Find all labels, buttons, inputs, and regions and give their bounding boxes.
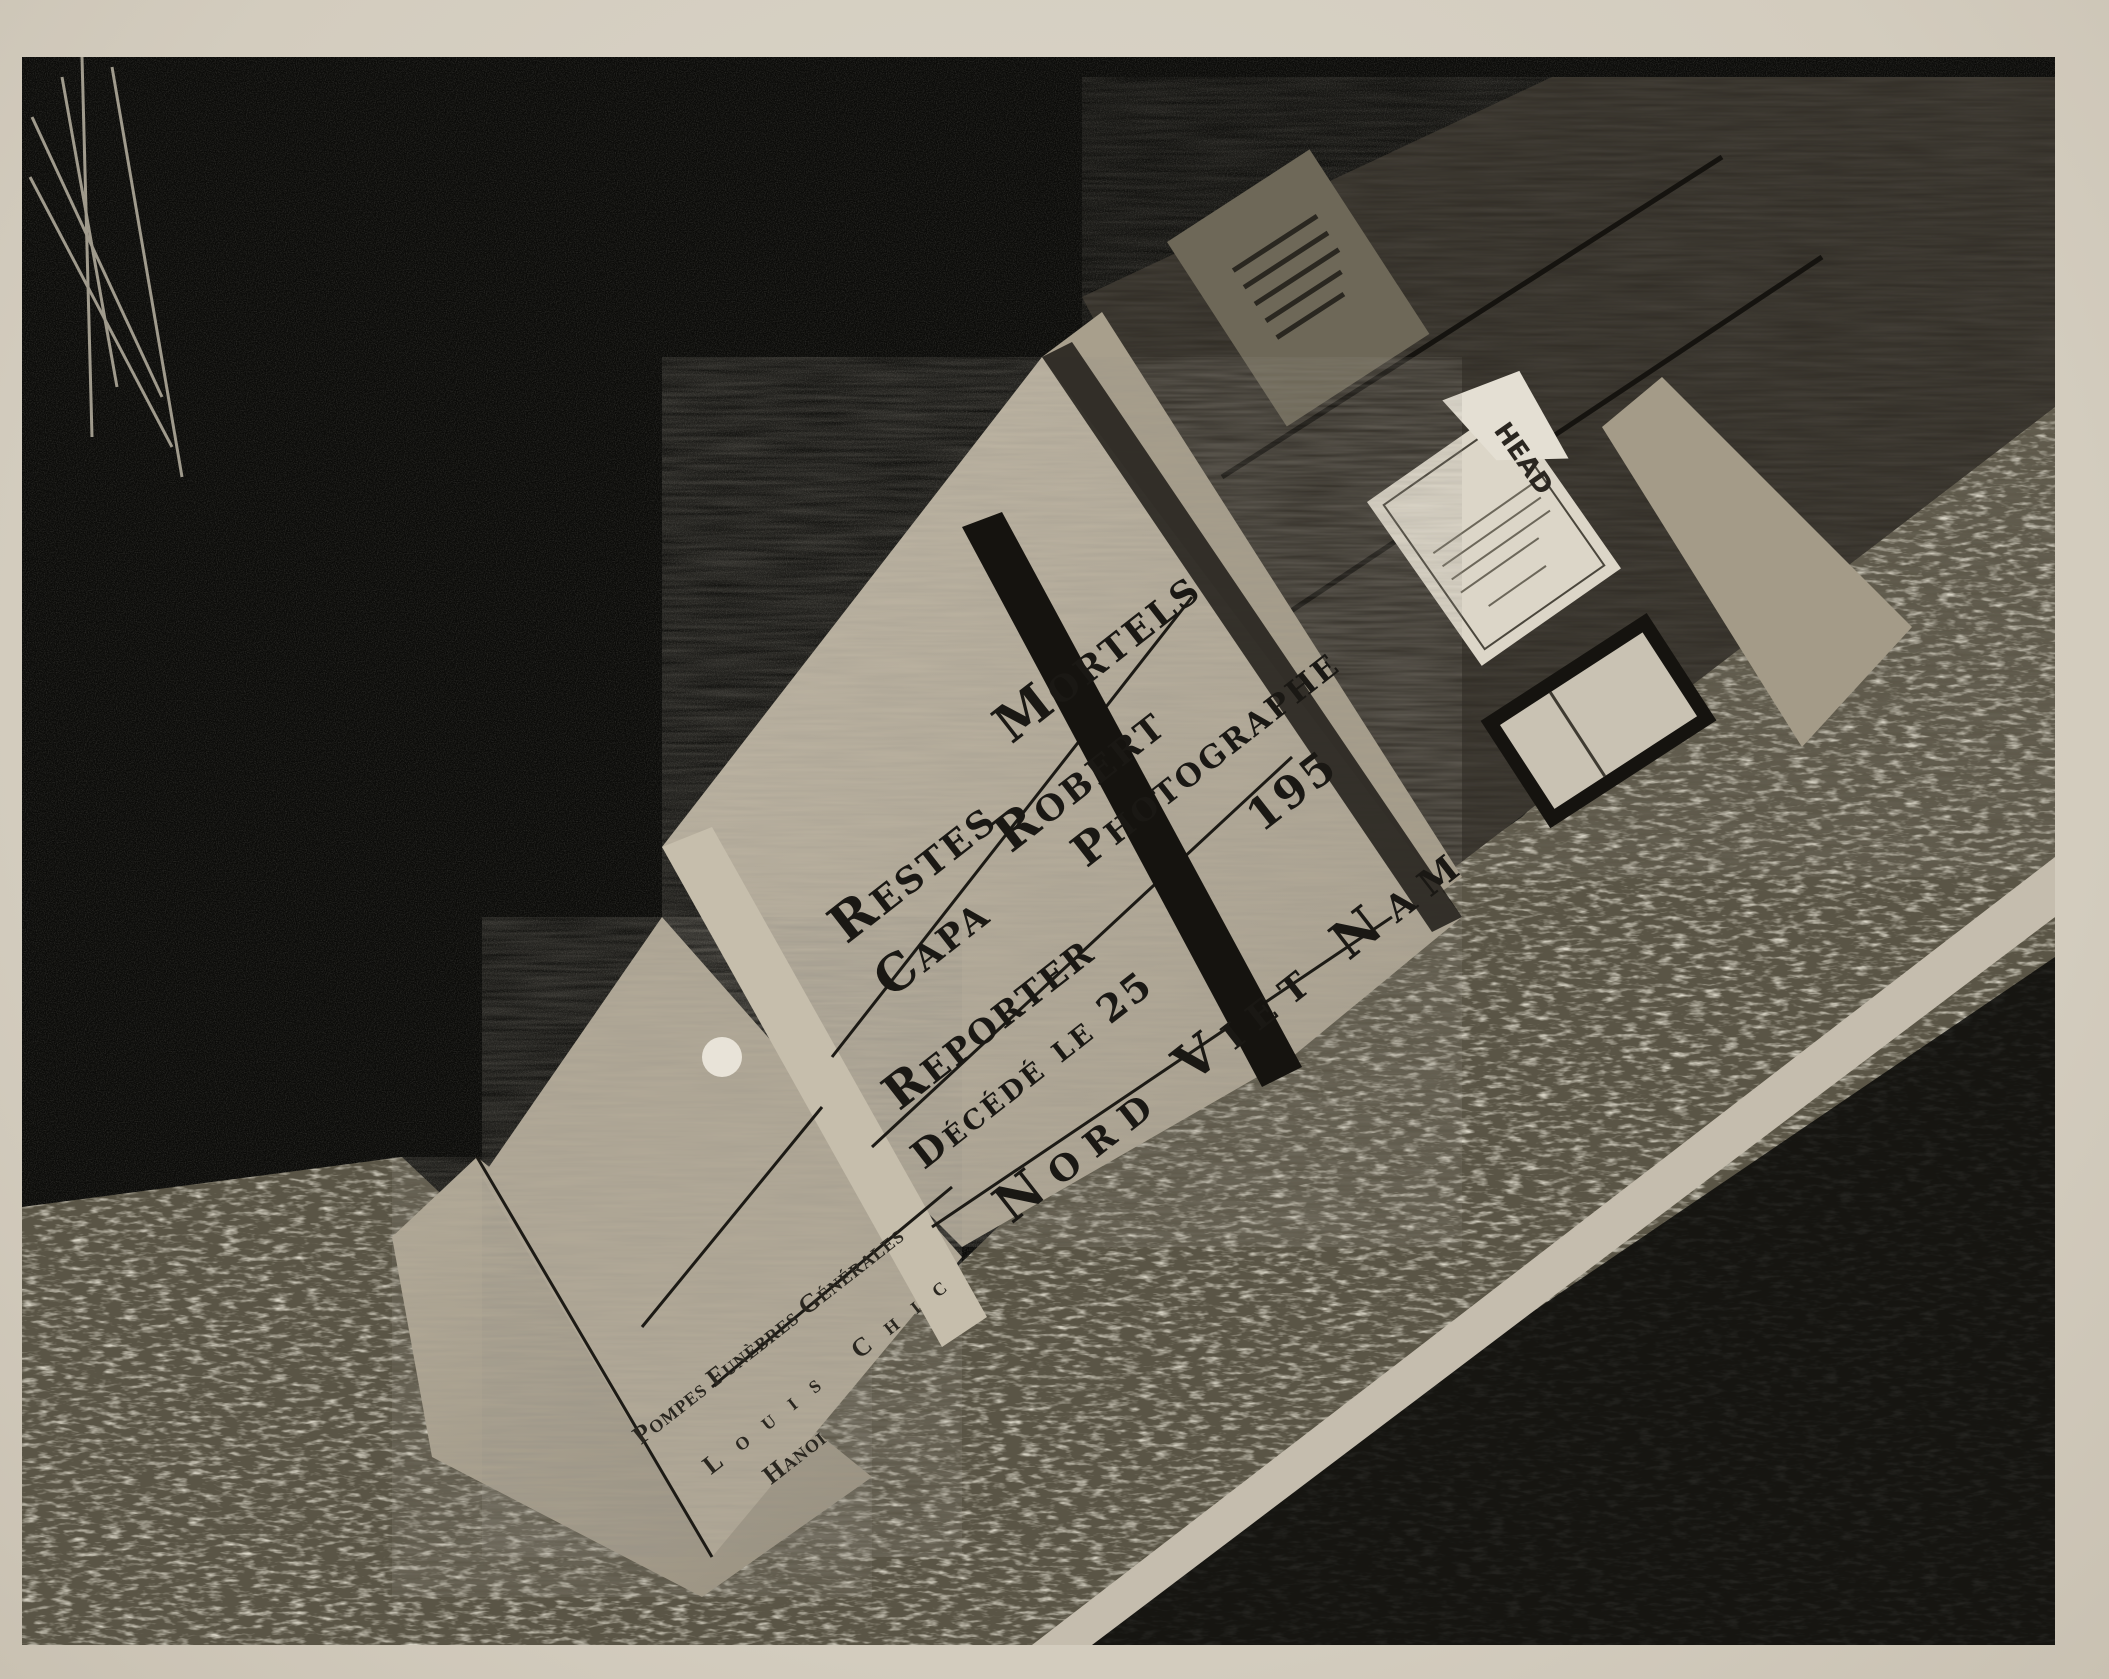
photo-mount: Restes Mortels Capa Robert Reporter Phot… <box>0 0 2109 1679</box>
photograph: Restes Mortels Capa Robert Reporter Phot… <box>22 57 2055 1645</box>
scene-drawing <box>22 57 2055 1645</box>
